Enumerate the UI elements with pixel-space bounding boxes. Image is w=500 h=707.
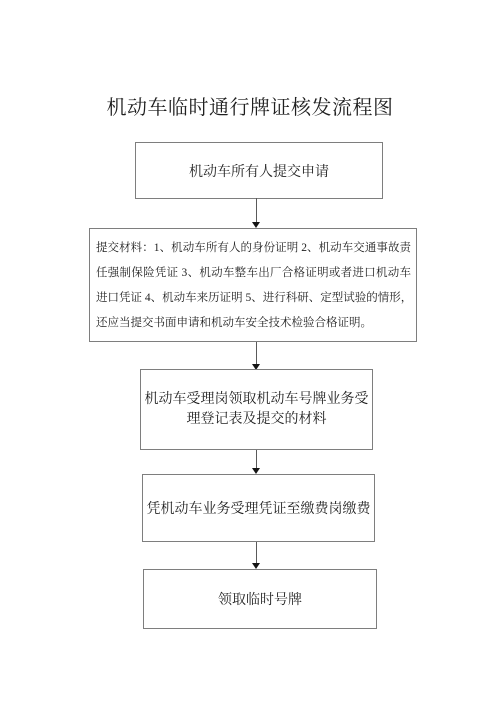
flow-box-payment-post-label: 凭机动车业务受理凭证至缴费岗缴费 [147,498,371,518]
acceptance-post-line-2: 理登记表及提交的材料 [187,410,327,430]
connector-2 [252,342,261,370]
connector-line [256,198,257,225]
materials-line-4: 还应当提交书面申请和机动车安全技术检验合格证明。 [96,311,411,336]
flowchart-page: 机动车临时通行牌证核发流程图 机动车所有人提交申请 提交材料：1、机动车所有人的… [0,0,500,707]
connector-3 [252,450,261,474]
flow-box-submit-application-label: 机动车所有人提交申请 [189,161,329,181]
flow-box-submitted-materials: 提交材料：1、机动车所有人的身份证明 2、机动车交通事故责 任强制保险凭证 3、… [89,228,417,342]
materials-line-3: 进口凭证 4、机动车来历证明 5、进行科研、定型试验的情形， [96,286,411,311]
flow-box-payment-post: 凭机动车业务受理凭证至缴费岗缴费 [142,474,375,542]
materials-line-2: 任强制保险凭证 3、机动车整车出厂合格证明或者进口机动车 [96,261,411,286]
flow-box-submit-application: 机动车所有人提交申请 [135,142,383,199]
page-title: 机动车临时通行牌证核发流程图 [0,91,500,120]
acceptance-post-line-1: 机动车受理岗领取机动车号牌业务受 [145,390,369,410]
flow-box-acceptance-post: 机动车受理岗领取机动车号牌业务受 理登记表及提交的材料 [140,369,373,450]
flow-box-receive-plate-label: 领取临时号牌 [218,589,302,609]
connector-1 [252,198,261,228]
flow-box-receive-plate: 领取临时号牌 [143,569,377,629]
connector-4 [252,542,261,569]
materials-line-1: 提交材料：1、机动车所有人的身份证明 2、机动车交通事故责 [96,236,411,261]
